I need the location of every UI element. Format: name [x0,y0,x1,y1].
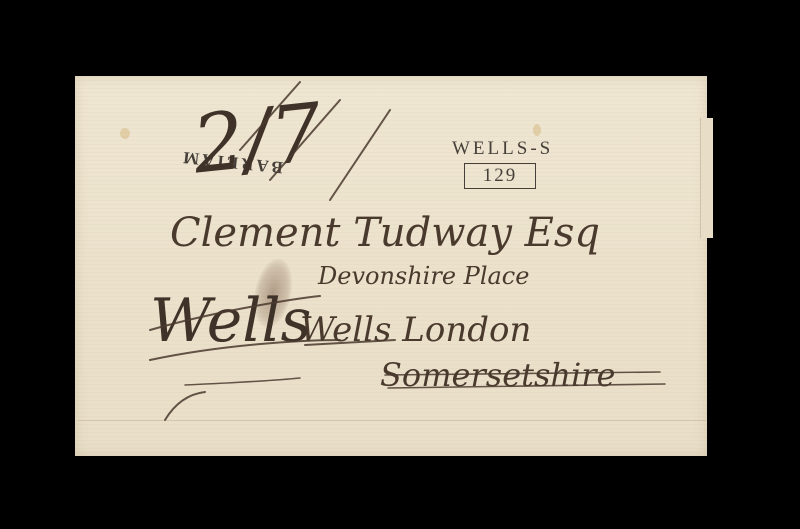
struck-scribble: Wells [150,286,311,356]
foxing-spot [120,128,130,139]
address-line-2: Wells London [300,310,531,350]
foxing-spot [533,124,541,136]
manuscript-rate: 2/7 [188,86,326,192]
mileage-postmark: 129 [464,163,536,189]
addressee-name: Clement Tudway Esq [170,210,600,256]
address-line-1: Devonshire Place [318,262,529,290]
letter-fold-edge [700,118,713,238]
wells-postmark: WELLS-S [452,138,553,160]
address-line-3-struck: Somersetshire [380,356,615,394]
letter-bottom-fold [78,420,706,421]
